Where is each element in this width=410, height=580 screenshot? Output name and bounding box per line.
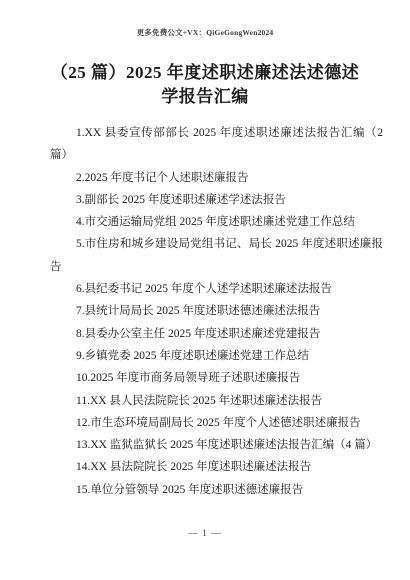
toc-item-14: 14.XX 县法院院长 2025 年度述职述廉述法报告: [50, 456, 383, 478]
toc-item-15: 15.单位分管领导 2025 年度述职述德述廉报告: [50, 479, 383, 501]
title-line-2: 学报告汇编: [28, 85, 382, 109]
toc-item-6: 6.县纪委书记 2025 年度个人述学述职述廉述法报告: [50, 278, 383, 300]
watermark-note: 更多免费公文+VX：QiGeGongWen2024: [0, 27, 410, 38]
toc-item-4: 4.市交通运输局党组 2025 年度述职述廉述党建工作总结: [50, 211, 383, 233]
toc-item-13: 13.XX 监狱监狱长 2025 年度述职述廉述法报告汇编（4 篇）: [50, 434, 383, 456]
document-title: （25 篇）2025 年度述职述廉述法述德述 学报告汇编: [28, 61, 382, 109]
toc-item-7: 7.县统计局局长 2025 年度述职述德述廉述法报告: [50, 300, 383, 322]
toc-item-1: 1.XX 县委宣传部部长 2025 年度述职述廉述法报告汇编（2 篇）: [50, 122, 383, 167]
toc-item-11: 11.XX 县人民法院院长 2025 年述职述廉述法报告: [50, 390, 383, 412]
toc-item-9: 9.乡镇党委 2025 年度述职述廉述党建工作总结: [50, 345, 383, 367]
toc-list: 1.XX 县委宣传部部长 2025 年度述职述廉述法报告汇编（2 篇） 2.20…: [50, 122, 383, 501]
toc-item-12: 12.市生态环境局副局长 2025 年度个人述德述职述廉报告: [50, 412, 383, 434]
toc-item-3: 3.副部长 2025 年度述职述廉述学述法报告: [50, 189, 383, 211]
toc-item-5: 5.市住房和城乡建设局党组书记、局长 2025 年度述职述廉报告: [50, 233, 383, 278]
document-page: 更多免费公文+VX：QiGeGongWen2024 （25 篇）2025 年度述…: [0, 0, 410, 580]
title-line-1: （25 篇）2025 年度述职述廉述法述德述: [28, 61, 382, 85]
toc-item-10: 10.2025 年度市商务局领导班子述职述廉报告: [50, 367, 383, 389]
toc-item-8: 8.县委办公室主任 2025 年度述职述廉述党建报告: [50, 323, 383, 345]
page-number: — 1 —: [0, 529, 410, 539]
toc-item-2: 2.2025 年度书记个人述职述廉报告: [50, 167, 383, 189]
